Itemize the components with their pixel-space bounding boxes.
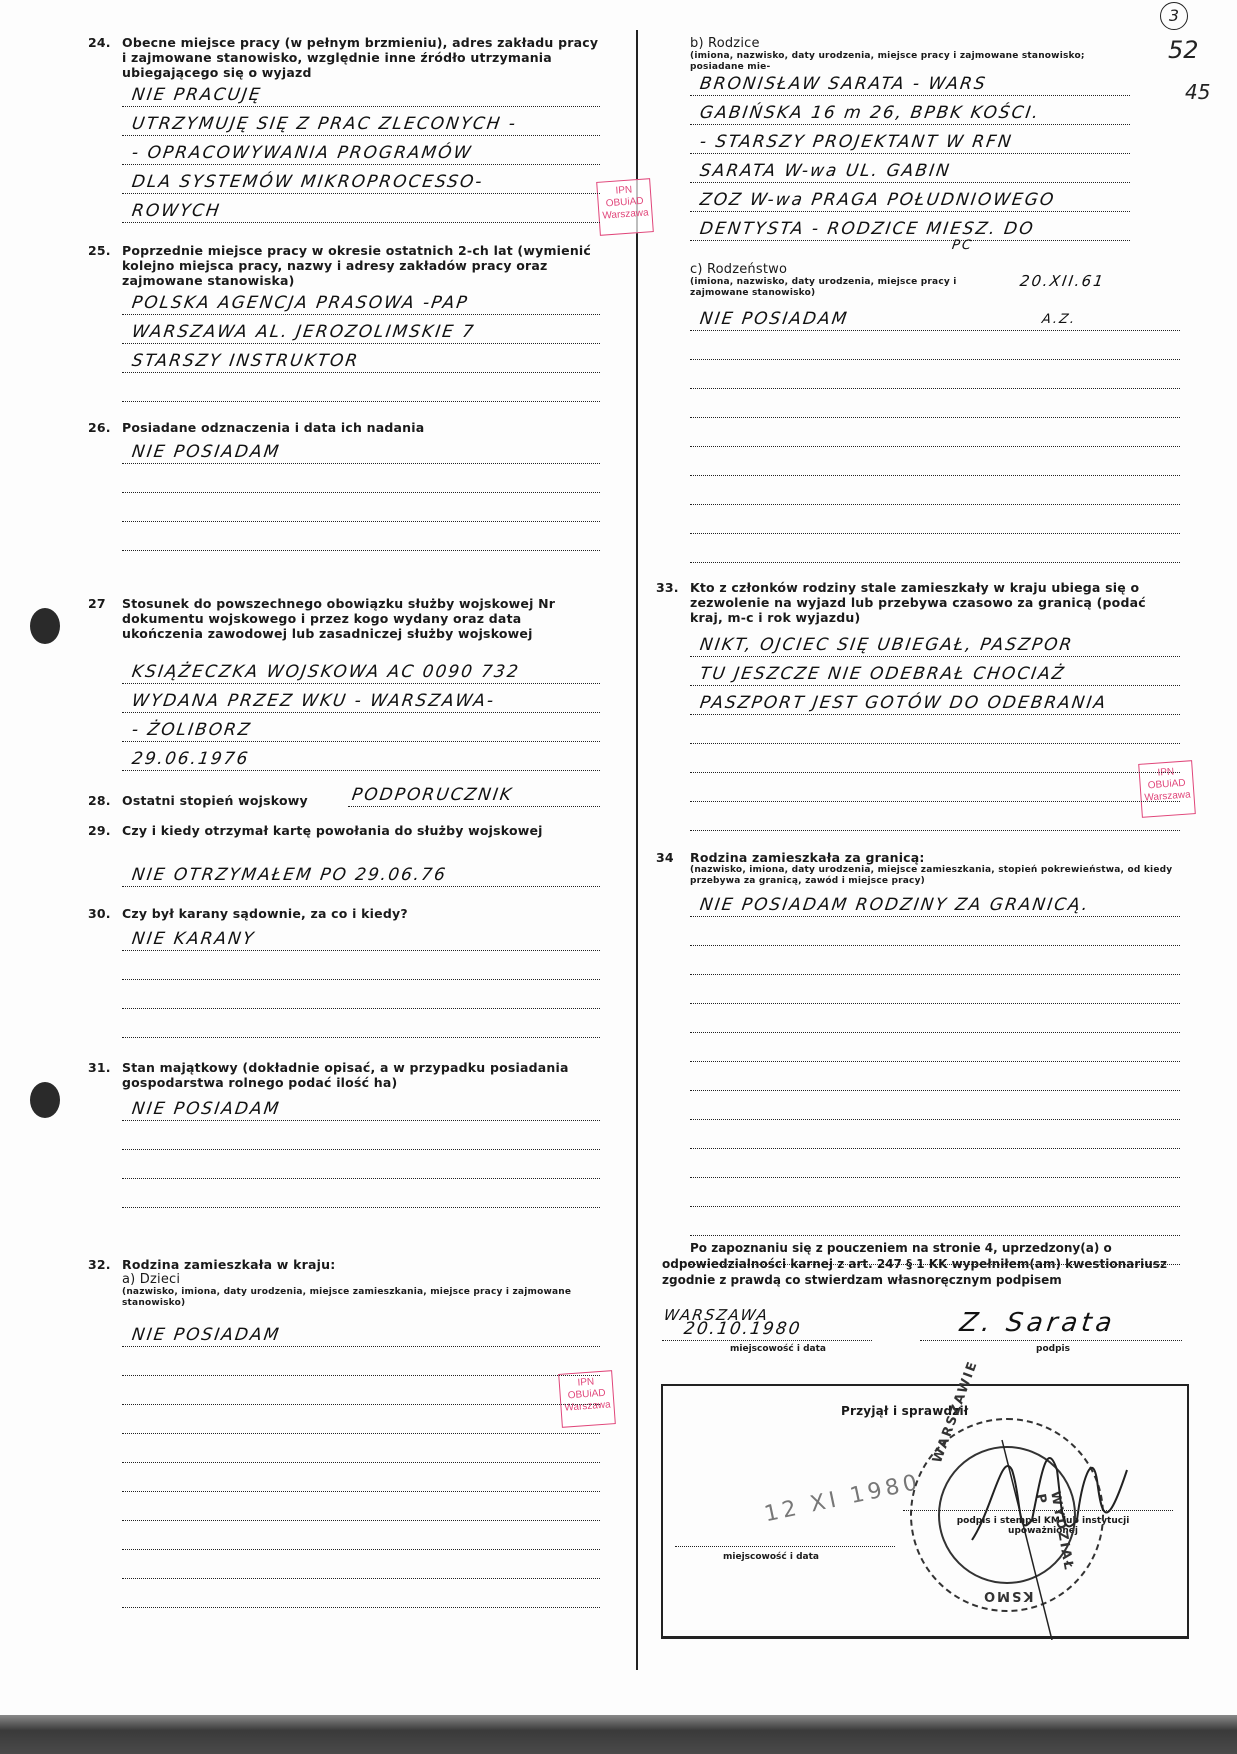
answer-line: GABIŃSKA 16 m 26, BPBK KOŚCI. [690,96,1130,125]
page-number-primary: 52 [1168,36,1199,64]
answer-lines-24: NIE PRACUJĘUTRZYMUJĘ SIĘ Z PRAC ZLECONYC… [122,78,600,223]
question-number: 28. [88,793,111,808]
answer-line: WARSZAWA AL. JEROZOLIMSKIE 7 [122,315,600,344]
answer-line [690,389,1180,418]
answer-line [690,802,1180,831]
answer-line [122,1434,600,1463]
handwritten-answer: SARATA W-wa UL. GABIN [699,161,953,181]
question-label: Kto z członków rodziny stale zamieszkały… [690,580,1146,625]
subsection-heading: b) Rodzice [690,36,1130,51]
answer-line [122,493,600,522]
scan-edge [0,1715,1237,1754]
answer-line [690,1062,1180,1091]
answer-line: NIE PRACUJĘ [122,78,600,107]
answer-lines-32c: NIE POSIADAM [690,302,1180,563]
answer-lines-30: NIE KARANY [122,922,600,1038]
answer-line: PASZPORT JEST GOTÓW DO ODEBRANIA [690,686,1180,715]
handwritten-answer: TU JESZCZE NIE ODEBRAŁ CHOCIAŻ [699,664,1067,684]
handwritten-answer: NIE POSIADAM [699,309,850,329]
handwritten-answer: - STARSZY PROJEKTANT W RFN [699,132,1014,152]
punch-hole-top [30,608,60,644]
answer-line: NIE POSIADAM [122,1318,600,1347]
answer-line [690,744,1180,773]
answer-line [122,1521,600,1550]
answer-line [690,447,1180,476]
answer-lines-29: NIE OTRZYMAŁEM PO 29.06.76 [122,858,600,887]
handwritten-answer: NIKT, OJCIEC SIĘ UBIEGAŁ, PASZPOR [699,635,1075,655]
question-number: 31. [88,1060,111,1075]
question-33: 33. Kto z członków rodziny stale zamiesz… [690,580,1180,625]
handwritten-answer: PASZPORT JEST GOTÓW DO ODEBRANIA [699,693,1109,713]
handwritten-date: 20.10.1980 [683,1319,803,1339]
circled-page-number: 3 [1160,2,1188,30]
handwritten-answer: DENTYSTA - RODZICE MIESZ. DO [699,219,1036,239]
answer-line [122,1121,600,1150]
handwritten-answer: ZOZ W-wa PRAGA POŁUDNIOWEGO [699,190,1057,210]
question-number: 29. [88,823,111,838]
place-date-line: 20.10.1980 [662,1312,872,1341]
question-number: 27 [88,596,106,611]
answer-line [690,1207,1180,1236]
answer-line [690,418,1180,447]
question-24: 24. Obecne miejsce pracy (w pełnym brzmi… [122,35,600,80]
answer-lines-34: NIE POSIADAM RODZINY ZA GRANICĄ. [690,888,1180,1265]
answer-lines-27: KSIĄŻECZKA WOJSKOWA AC 0090 732WYDANA PR… [122,655,600,771]
answer-line [122,951,600,980]
handwritten-answer: 29.06.1976 [131,749,251,769]
question-32c: c) Rodzeństwo (imiona, nazwisko, daty ur… [690,262,1180,299]
answer-line [690,715,1180,744]
subsection-heading: c) Rodzeństwo [690,262,1180,277]
answer-line: DLA SYSTEMÓW MIKROPROCESSO- [122,165,600,194]
signature-caption: podpis [1036,1344,1070,1354]
handwritten-answer: NIE KARANY [131,929,257,949]
page-number-secondary: 45 [1185,80,1210,104]
question-32: 32. Rodzina zamieszkała w kraju: a) Dzie… [122,1257,600,1309]
ipn-archive-stamp: IPN OBUiAD Warszawa [596,178,654,236]
subsection-hint: (nazwisko, imiona, daty urodzenia, miejs… [122,1287,600,1309]
question-label: Rodzina zamieszkała za granicą: [690,850,925,865]
handwritten-answer: STARSZY INSTRUKTOR [131,351,361,371]
answer-line: NIE OTRZYMAŁEM PO 29.06.76 [122,858,600,887]
question-label: Stan majątkowy (dokładnie opisać, a w pr… [122,1060,569,1090]
column-divider [636,30,638,1670]
answer-line: NIE POSIADAM [122,1092,600,1121]
answer-lines-32b: BRONISŁAW SARATA - WARSGABIŃSKA 16 m 26,… [690,67,1130,241]
answer-line: NIE POSIADAM [690,302,1180,331]
question-label: Obecne miejsce pracy (w pełnym brzmieniu… [122,35,598,80]
answer-line [690,773,1180,802]
answer-line: - STARSZY PROJEKTANT W RFN [690,125,1130,154]
answer-lines-31: NIE POSIADAM [122,1092,600,1208]
answer-line [690,1149,1180,1178]
handwritten-answer: KSIĄŻECZKA WOJSKOWA AC 0090 732 [131,662,522,682]
stamp-line: Warszawa [599,207,652,223]
handwritten-answer: BRONISŁAW SARATA - WARS [699,74,989,94]
answer-line [690,1120,1180,1149]
subsection-hint: (nazwisko, imiona, daty urodzenia, miejs… [690,865,1180,887]
handwritten-answer: NIE POSIADAM [131,1325,282,1345]
answer-line: WYDANA PRZEZ WKU - WARSZAWA- [122,684,600,713]
answer-line [690,1091,1180,1120]
handwritten-answer: NIE POSIADAM [131,1099,282,1119]
answer-line: NIE KARANY [122,922,600,951]
answer-line: - ŻOLIBORZ [122,713,600,742]
answer-line: TU JESZCZE NIE ODEBRAŁ CHOCIAŻ [690,657,1180,686]
question-label: Stosunek do powszechnego obowiązku służb… [122,596,555,641]
subsection-heading: a) Dzieci [122,1272,600,1287]
question-number: 34 [656,850,674,865]
question-number: 25. [88,243,111,258]
subsection-hint: (imiona, nazwisko, daty urodzenia, miejs… [690,277,1010,299]
question-34: 34 Rodzina zamieszkała za granicą: (nazw… [690,850,1180,887]
answer-line [122,1579,600,1608]
questionnaire-page: 3 52 45 IPN OBUiAD Warszawa IPN OBUiAD W… [0,0,1237,1715]
answer-lines-26: NIE POSIADAM [122,435,600,551]
handwritten-answer: WARSZAWA AL. JEROZOLIMSKIE 7 [131,322,477,342]
answer-line [690,975,1180,1004]
question-label: Ostatni stopień wojskowy [122,793,308,808]
handwritten-answer: POLSKA AGENCJA PRASOWA -PAP [131,293,470,313]
answer-line [122,980,600,1009]
handwritten-answer: DLA SYSTEMÓW MIKROPROCESSO- [131,172,485,192]
declaration-text: Po zapoznaniu się z pouczeniem na stroni… [662,1240,1182,1288]
question-29: 29. Czy i kiedy otrzymał kartę powołania… [122,823,600,838]
answer-line [690,917,1180,946]
question-label: Posiadane odznaczenia i data ich nadania [122,420,424,435]
answer-line: NIE POSIADAM [122,435,600,464]
answer-line [122,1347,600,1376]
handwritten-answer: WYDANA PRZEZ WKU - WARSZAWA- [131,691,497,711]
answer-line [690,1004,1180,1033]
official-signature-scribble [932,1410,1132,1640]
question-label: Czy i kiedy otrzymał kartę powołania do … [122,823,543,838]
handwritten-answer: UTRZYMUJĘ SIĘ Z PRAC ZLECONYCH - [131,114,519,134]
answer-line: NIE POSIADAM RODZINY ZA GRANICĄ. [690,888,1180,917]
answer-line [122,1150,600,1179]
question-number: 24. [88,35,111,50]
question-label: Poprzednie miejsce pracy w okresie ostat… [122,243,591,288]
question-number: 26. [88,420,111,435]
answer-line [122,522,600,551]
handwritten-answer: GABIŃSKA 16 m 26, BPBK KOŚCI. [699,103,1042,123]
question-number: 32. [88,1257,111,1272]
handwritten-answer: NIE POSIADAM RODZINY ZA GRANICĄ. [699,895,1091,915]
question-number: 30. [88,906,111,921]
answer-line [122,1009,600,1038]
answer-line [690,1033,1180,1062]
handwritten-answer: - OPRACOWYWANIA PROGRAMÓW [131,143,474,163]
answer-line [122,464,600,493]
answer-line [122,1376,600,1405]
office-place-date-caption: miejscowość i data [723,1552,819,1562]
answer-line: STARSZY INSTRUKTOR [122,344,600,373]
handwritten-answer: - ŻOLIBORZ [131,720,253,740]
office-place-date-line [675,1546,895,1547]
answer-line [690,505,1180,534]
answer-line: SARATA W-wa UL. GABIN [690,154,1130,183]
answer-lines-25: POLSKA AGENCJA PRASOWA -PAPWARSZAWA AL. … [122,286,600,402]
answer-line: DENTYSTA - RODZICE MIESZ. DO [690,212,1130,241]
question-label: Rodzina zamieszkała w kraju: [122,1257,335,1272]
question-26: 26. Posiadane odznaczenia i data ich nad… [122,420,600,435]
question-25: 25. Poprzednie miejsce pracy w okresie o… [122,243,600,288]
answer-lines-33: NIKT, OJCIEC SIĘ UBIEGAŁ, PASZPORTU JESZ… [690,628,1180,831]
answer-line [690,946,1180,975]
answer-line [122,373,600,402]
answer-line [690,534,1180,563]
answer-lines-32a: NIE POSIADAM [122,1318,600,1608]
answer-line: UTRZYMUJĘ SIĘ Z PRAC ZLECONYCH - [122,107,600,136]
answer-line [122,1405,600,1434]
question-31: 31. Stan majątkowy (dokładnie opisać, a … [122,1060,600,1090]
handwritten-answer: ROWYCH [131,201,223,221]
initials-note: A.Z. [1041,312,1077,327]
handwritten-answer: NIE PRACUJĘ [131,85,263,105]
handwritten-answer: NIE OTRZYMAŁEM PO 29.06.76 [131,865,449,885]
answer-line [122,1179,600,1208]
place-date-caption: miejscowość i data [730,1344,826,1354]
handwritten-answer: NIE POSIADAM [131,442,282,462]
date-stamp: 12 XI 1980 [762,1470,923,1528]
answer-line: BRONISŁAW SARATA - WARS [690,67,1130,96]
margin-note: PC [951,238,974,253]
handwritten-answer: PODPORUCZNIK [351,785,515,805]
answer-line: - OPRACOWYWANIA PROGRAMÓW [122,136,600,165]
question-label: Czy był karany sądownie, za co i kiedy? [122,906,408,921]
answer-line: 29.06.1976 [122,742,600,771]
answer-line: POLSKA AGENCJA PRASOWA -PAP [122,286,600,315]
answer-line [122,1550,600,1579]
answer-line [690,476,1180,505]
answer-line: NIKT, OJCIEC SIĘ UBIEGAŁ, PASZPOR [690,628,1180,657]
answer-line [122,1492,600,1521]
answer-line: KSIĄŻECZKA WOJSKOWA AC 0090 732 [122,655,600,684]
answer-line: ZOZ W-wa PRAGA POŁUDNIOWEGO [690,183,1130,212]
answer-line-28: PODPORUCZNIK [348,778,600,807]
answer-line [122,1463,600,1492]
applicant-signature: Z. Sarata [958,1308,1118,1338]
punch-hole-bottom [30,1082,60,1118]
answer-line: ROWYCH [122,194,600,223]
question-30: 30. Czy był karany sądownie, za co i kie… [122,906,600,921]
answer-line [690,331,1180,360]
question-27: 27 Stosunek do powszechnego obowiązku sł… [122,596,600,641]
question-number: 33. [656,580,679,595]
answer-line [690,360,1180,389]
handwritten-date: 20.XII.61 [1019,272,1106,290]
answer-line [690,1178,1180,1207]
signature-line: Z. Sarata [920,1312,1182,1341]
official-round-seal: WARSZAWIE KSMO WYDZIAŁ P [910,1418,1104,1612]
